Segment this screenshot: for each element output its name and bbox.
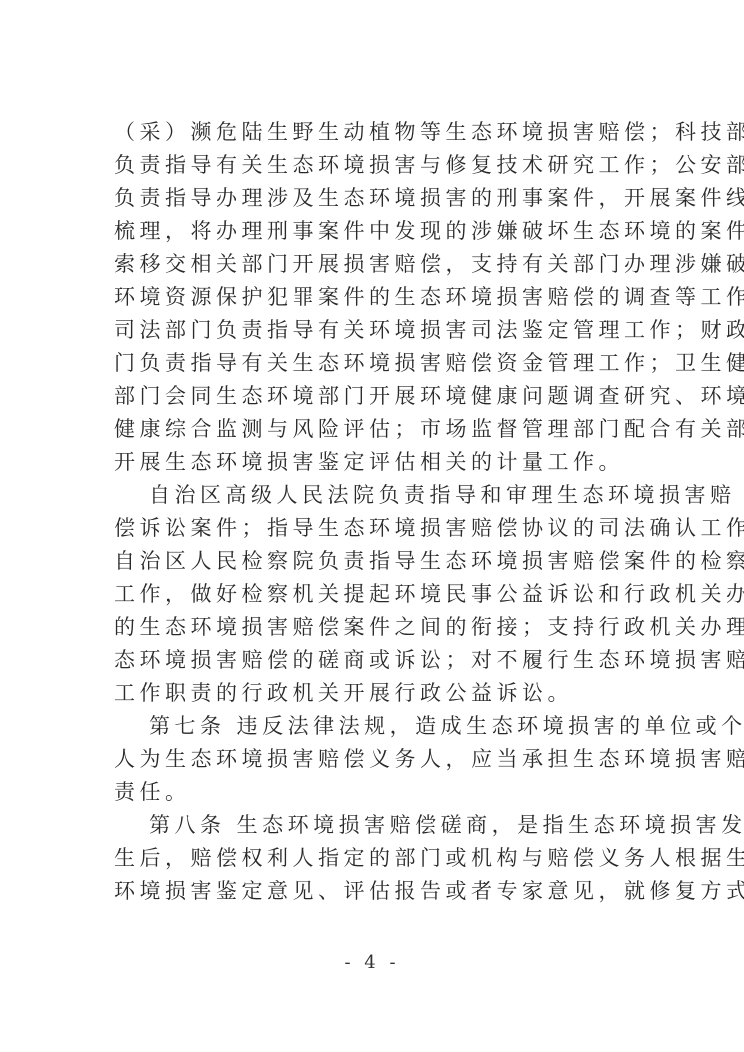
text-line: 偿诉讼案件；指导生态环境损害赔偿协议的司法确认工作； <box>114 516 644 540</box>
text-line: 生后，赔偿权利人指定的部门或机构与赔偿义务人根据生态 <box>114 846 644 870</box>
text-line: 环境损害鉴定意见、评估报告或者专家意见，就修复方式、 <box>114 879 644 903</box>
document-page: （采）濒危陆生野生动植物等生态环境损害赔偿；科技部门 负责指导有关生态环境损害与… <box>0 0 744 1052</box>
paragraph-start-line: 自治区高级人民法院负责指导和审理生态环境损害赔 <box>149 483 679 507</box>
text-line: 开展生态环境损害鉴定评估相关的计量工作。 <box>114 450 644 474</box>
text-line: 工作职责的行政机关开展行政公益诉讼。 <box>114 681 644 705</box>
article-7-heading-line: 第七条 违反法律法规，造成生态环境损害的单位或个 <box>149 714 679 738</box>
text-line: 健康综合监测与风险评估；市场监督管理部门配合有关部门 <box>114 417 644 441</box>
text-line: 工作，做好检察机关提起环境民事公益诉讼和行政机关办理 <box>114 582 644 606</box>
text-line: 责任。 <box>114 780 644 804</box>
text-line: 环境资源保护犯罪案件的生态环境损害赔偿的调查等工作； <box>114 285 644 309</box>
text-line: 自治区人民检察院负责指导生态环境损害赔偿案件的检察 <box>114 549 644 573</box>
text-line: 负责指导有关生态环境损害与修复技术研究工作；公安部门 <box>114 153 644 177</box>
text-line: 人为生态环境损害赔偿义务人，应当承担生态环境损害赔偿 <box>114 747 644 771</box>
page-number: - 4 - <box>0 952 744 973</box>
article-8-heading-line: 第八条 生态环境损害赔偿磋商，是指生态环境损害发 <box>149 813 679 837</box>
text-line: 司法部门负责指导有关环境损害司法鉴定管理工作；财政部 <box>114 318 644 342</box>
text-line: （采）濒危陆生野生动植物等生态环境损害赔偿；科技部门 <box>114 120 644 144</box>
text-line: 门负责指导有关生态环境损害赔偿资金管理工作；卫生健康 <box>114 351 644 375</box>
text-line: 部门会同生态环境部门开展环境健康问题调查研究、环境与 <box>114 384 644 408</box>
text-line: 的生态环境损害赔偿案件之间的衔接；支持行政机关办理生 <box>114 615 644 639</box>
text-line: 负责指导办理涉及生态环境损害的刑事案件，开展案件线索 <box>114 186 644 210</box>
text-line: 梳理，将办理刑事案件中发现的涉嫌破坏生态环境的案件线 <box>114 219 644 243</box>
text-line: 索移交相关部门开展损害赔偿，支持有关部门办理涉嫌破坏 <box>114 252 644 276</box>
text-line: 态环境损害赔偿的磋商或诉讼；对不履行生态环境损害赔偿 <box>114 648 644 672</box>
